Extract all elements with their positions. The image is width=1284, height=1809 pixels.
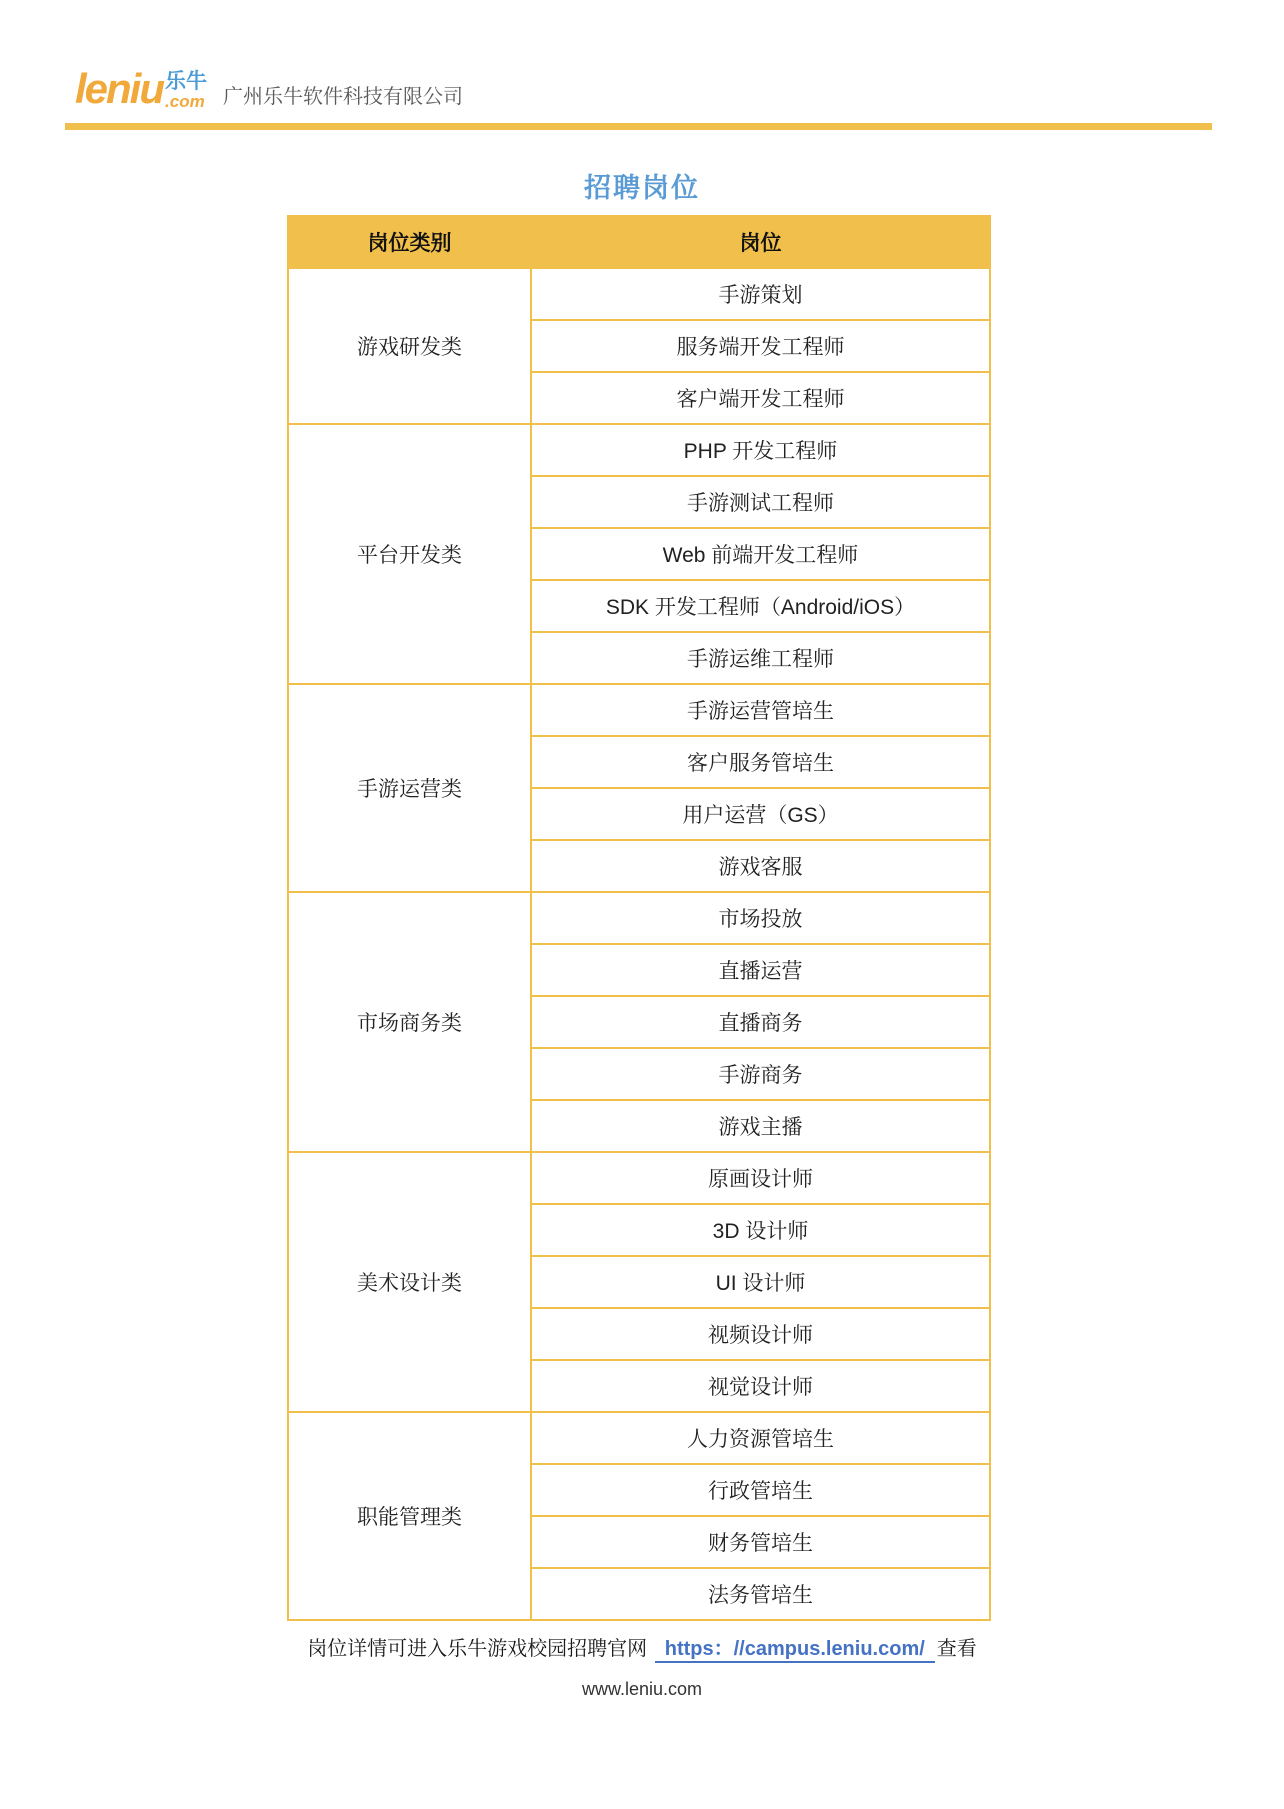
position-cell: 原画设计师 bbox=[531, 1152, 990, 1204]
position-cell: UI 设计师 bbox=[531, 1256, 990, 1308]
category-cell: 美术设计类 bbox=[288, 1152, 531, 1412]
leniu-logo: leniu 乐牛 .com bbox=[75, 68, 207, 110]
category-cell: 游戏研发类 bbox=[288, 268, 531, 424]
position-cell: 手游运营管培生 bbox=[531, 684, 990, 736]
site-url: www.leniu.com bbox=[0, 1679, 1284, 1700]
category-cell: 市场商务类 bbox=[288, 892, 531, 1152]
footer-note: 岗位详情可进入乐牛游戏校园招聘官网 https：//campus.leniu.c… bbox=[0, 1632, 1284, 1661]
table-row: 手游运营类手游运营管培生 bbox=[288, 684, 990, 736]
positions-table-head: 岗位类别 岗位 bbox=[288, 216, 990, 268]
table-row: 市场商务类市场投放 bbox=[288, 892, 990, 944]
campus-site-link[interactable]: https：//campus.leniu.com/ bbox=[655, 1638, 935, 1663]
positions-table-body: 游戏研发类手游策划服务端开发工程师客户端开发工程师平台开发类PHP 开发工程师手… bbox=[288, 268, 990, 1620]
position-cell: 直播商务 bbox=[531, 996, 990, 1048]
position-cell: Web 前端开发工程师 bbox=[531, 528, 990, 580]
position-cell: 手游运维工程师 bbox=[531, 632, 990, 684]
table-row: 职能管理类人力资源管培生 bbox=[288, 1412, 990, 1464]
position-cell: 直播运营 bbox=[531, 944, 990, 996]
position-cell: SDK 开发工程师（Android/iOS） bbox=[531, 580, 990, 632]
page-title: 招聘岗位 bbox=[0, 166, 1284, 205]
logo-stack: 乐牛 .com bbox=[165, 71, 207, 110]
position-cell: 手游测试工程师 bbox=[531, 476, 990, 528]
position-cell: 客户服务管培生 bbox=[531, 736, 990, 788]
header-row: 岗位类别 岗位 bbox=[288, 216, 990, 268]
position-cell: 市场投放 bbox=[531, 892, 990, 944]
position-cell: 视觉设计师 bbox=[531, 1360, 990, 1412]
position-cell: 服务端开发工程师 bbox=[531, 320, 990, 372]
category-cell: 平台开发类 bbox=[288, 424, 531, 684]
position-cell: 手游策划 bbox=[531, 268, 990, 320]
position-cell: 手游商务 bbox=[531, 1048, 990, 1100]
logo-domain-suffix: .com bbox=[165, 93, 205, 110]
category-cell: 手游运营类 bbox=[288, 684, 531, 892]
page-header: leniu 乐牛 .com 广州乐牛软件科技有限公司 bbox=[75, 68, 463, 110]
position-cell: 法务管培生 bbox=[531, 1568, 990, 1620]
position-cell: 3D 设计师 bbox=[531, 1204, 990, 1256]
position-cell: 财务管培生 bbox=[531, 1516, 990, 1568]
position-cell: 人力资源管培生 bbox=[531, 1412, 990, 1464]
position-cell: 游戏客服 bbox=[531, 840, 990, 892]
position-cell: 客户端开发工程师 bbox=[531, 372, 990, 424]
logo-chinese-name: 乐牛 bbox=[165, 71, 207, 93]
positions-table: 岗位类别 岗位 游戏研发类手游策划服务端开发工程师客户端开发工程师平台开发类PH… bbox=[287, 215, 991, 1621]
position-cell: 游戏主播 bbox=[531, 1100, 990, 1152]
column-header-category: 岗位类别 bbox=[288, 216, 531, 268]
category-cell: 职能管理类 bbox=[288, 1412, 531, 1620]
table-row: 美术设计类原画设计师 bbox=[288, 1152, 990, 1204]
company-name: 广州乐牛软件科技有限公司 bbox=[223, 86, 463, 110]
table-row: 游戏研发类手游策划 bbox=[288, 268, 990, 320]
footer-note-prefix: 岗位详情可进入乐牛游戏校园招聘官网 bbox=[307, 1638, 647, 1660]
footer-note-suffix: 查看 bbox=[937, 1638, 977, 1660]
logo-wordmark: leniu bbox=[75, 68, 163, 110]
header-divider-rule bbox=[65, 123, 1212, 130]
column-header-position: 岗位 bbox=[531, 216, 990, 268]
position-cell: 用户运营（GS） bbox=[531, 788, 990, 840]
table-row: 平台开发类PHP 开发工程师 bbox=[288, 424, 990, 476]
position-cell: 视频设计师 bbox=[531, 1308, 990, 1360]
position-cell: PHP 开发工程师 bbox=[531, 424, 990, 476]
position-cell: 行政管培生 bbox=[531, 1464, 990, 1516]
